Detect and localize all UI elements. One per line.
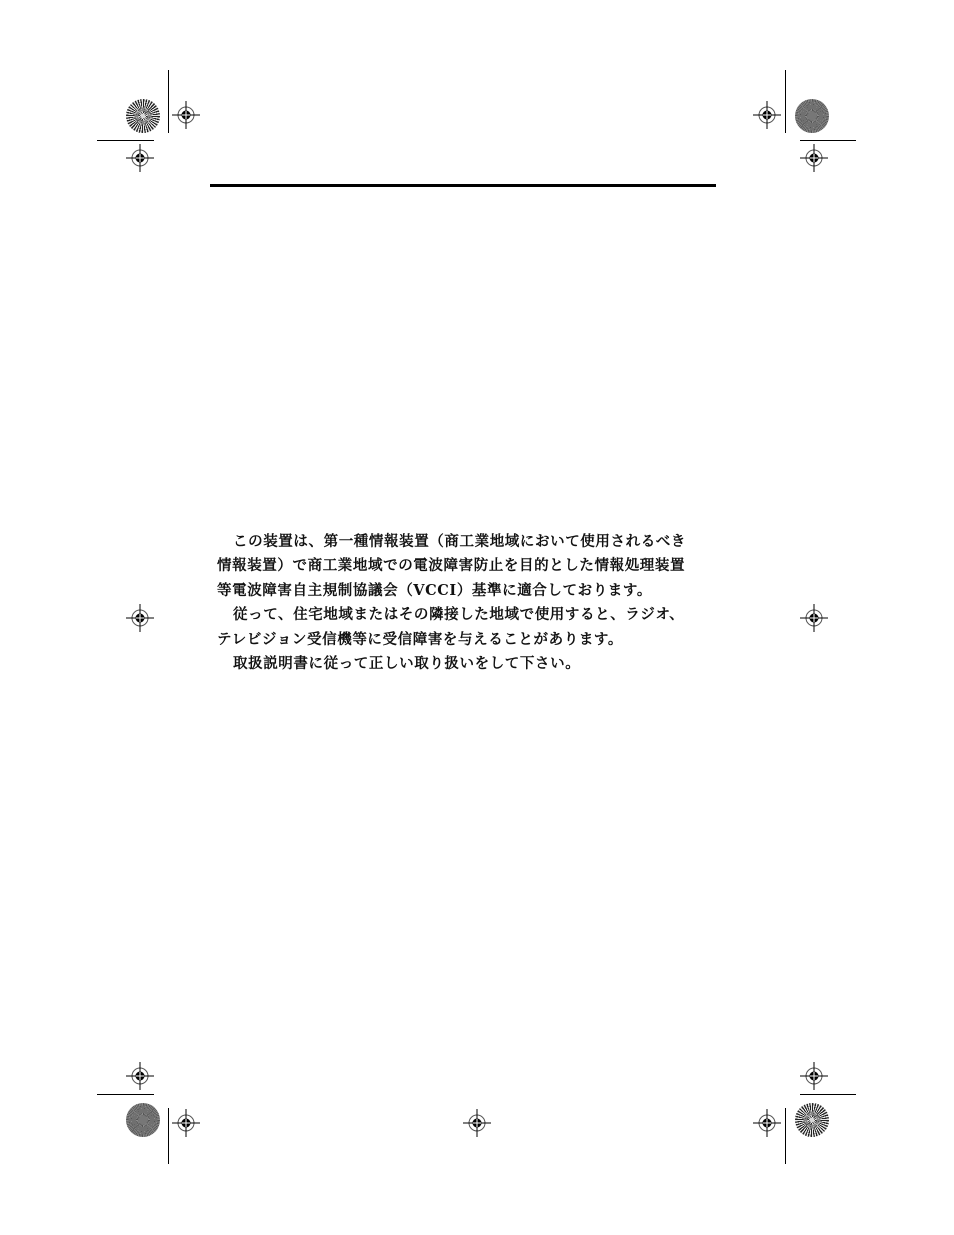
crop-line-top-left-horizontal [97, 140, 154, 141]
registration-mark-icon [124, 142, 156, 174]
notice-line: 従って、住宅地域またはその隣接した地域で使用すると、ラジオ、 [217, 603, 717, 627]
star-target-icon [126, 99, 160, 133]
registration-mark-icon [798, 602, 830, 634]
header-rule [210, 184, 716, 187]
vcci-notice: この装置は、第一種情報装置（商工業地域において使用されるべき 情報装置）で商工業… [217, 530, 717, 676]
crop-line-bottom-right-horizontal [800, 1094, 856, 1095]
registration-mark-icon [798, 142, 830, 174]
star-target-icon [126, 1103, 160, 1137]
registration-mark-icon [170, 1107, 202, 1139]
crop-line-top-left-vertical [168, 70, 169, 133]
registration-mark-icon [751, 99, 783, 131]
registration-mark-icon [170, 99, 202, 131]
crop-line-bottom-left-vertical [168, 1108, 169, 1164]
notice-line: 取扱説明書に従って正しい取り扱いをして下さい。 [217, 652, 717, 676]
crop-line-top-right-vertical [785, 70, 786, 133]
crop-line-bottom-left-horizontal [97, 1094, 154, 1095]
notice-line: 等電波障害自主規制協議会（VCCI）基準に適合しております。 [217, 579, 717, 603]
registration-mark-icon [124, 602, 156, 634]
registration-mark-icon [124, 1060, 156, 1092]
star-target-icon [795, 1103, 829, 1137]
notice-line: 情報装置）で商工業地域での電波障害防止を目的とした情報処理装置 [217, 554, 717, 578]
crop-line-bottom-right-vertical [785, 1108, 786, 1164]
crop-line-top-right-horizontal [800, 140, 856, 141]
registration-mark-icon [751, 1107, 783, 1139]
notice-line: この装置は、第一種情報装置（商工業地域において使用されるべき [217, 530, 717, 554]
registration-mark-icon [798, 1060, 830, 1092]
star-target-icon [795, 99, 829, 133]
notice-line: テレビジョン受信機等に受信障害を与えることがあります。 [217, 628, 717, 652]
registration-mark-icon [461, 1107, 493, 1139]
